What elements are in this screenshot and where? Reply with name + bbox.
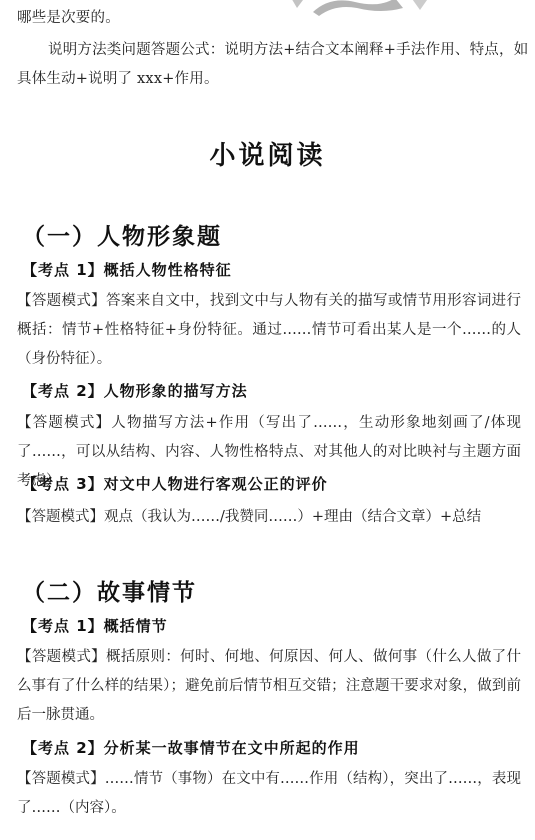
exam-point-label: 【考点 1】概括情节	[22, 615, 168, 636]
answer-pattern: 【答题模式】答案来自文中，找到文中与人物有关的描写或情节用形容词进行概括：情节+…	[17, 287, 521, 374]
page-title: 小说阅读	[0, 135, 535, 172]
exam-point-label: 【考点 1】概括人物性格特征	[22, 259, 232, 280]
answer-pattern: 【答题模式】观点（我认为……/我赞同……）+理由（结合文章）+总结	[17, 503, 521, 532]
exam-point-label: 【考点 3】对文中人物进行客观公正的评价	[22, 473, 328, 494]
exam-point-label: 【考点 2】人物形象的描写方法	[22, 380, 248, 401]
document-page: 哪些是次要的。 说明方法类问题答题公式：说明方法+结合文本阐释+手法作用、特点，…	[0, 0, 535, 840]
section-heading: （二）故事情节	[22, 574, 197, 607]
text-line: 具体生动+说明了 xxx+作用。	[17, 69, 518, 89]
answer-pattern: 【答题模式】概括原则：何时、何地、何原因、何人、做何事（什么人做了什么事有了什么…	[17, 643, 521, 730]
text-line: 说明方法类问题答题公式：说明方法+结合文本阐释+手法作用、特点，如	[48, 40, 518, 60]
answer-pattern: 【答题模式】……情节（事物）在文中有……作用（结构），突出了……，表现了……（内…	[17, 765, 521, 823]
section-heading: （一）人物形象题	[22, 218, 222, 251]
text-line: 哪些是次要的。	[17, 8, 518, 28]
exam-point-label: 【考点 2】分析某一故事情节在文中所起的作用	[22, 737, 360, 758]
